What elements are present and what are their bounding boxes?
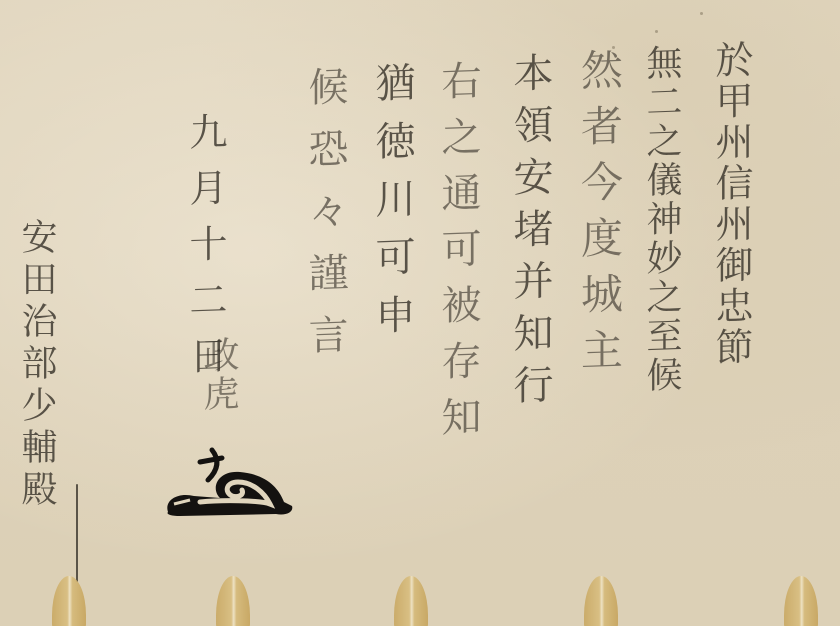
text-column-7: 候恐々謹言 xyxy=(305,65,345,376)
brush-tail-stroke xyxy=(76,484,78,582)
text-column-1: 於甲州信州御忠節 xyxy=(712,39,750,368)
binding-tab xyxy=(584,576,618,626)
addressee: 安田治部少輔殿 xyxy=(18,218,54,512)
text-column-4: 本領安堵并知行 xyxy=(510,51,550,416)
kao-signature-mark-icon xyxy=(160,440,300,520)
text-column-6: 猶徳川可申 xyxy=(372,61,412,352)
signature-name: 政虎 xyxy=(200,335,236,414)
text-column-2: 無二之儀神妙之至候 xyxy=(643,43,679,395)
binding-tab xyxy=(394,576,428,626)
text-column-3: 然者今度城主 xyxy=(578,47,620,384)
paper-speck xyxy=(655,30,658,33)
text-column-5: 右之通可被存知 xyxy=(438,59,478,452)
paper-speck xyxy=(700,12,703,15)
document-page: 於甲州信州御忠節 無二之儀神妙之至候 然者今度城主 本領安堵并知行 右之通可被存… xyxy=(0,0,840,626)
binding-tab xyxy=(784,576,818,626)
binding-tab xyxy=(52,576,86,626)
binding-tab xyxy=(216,576,250,626)
